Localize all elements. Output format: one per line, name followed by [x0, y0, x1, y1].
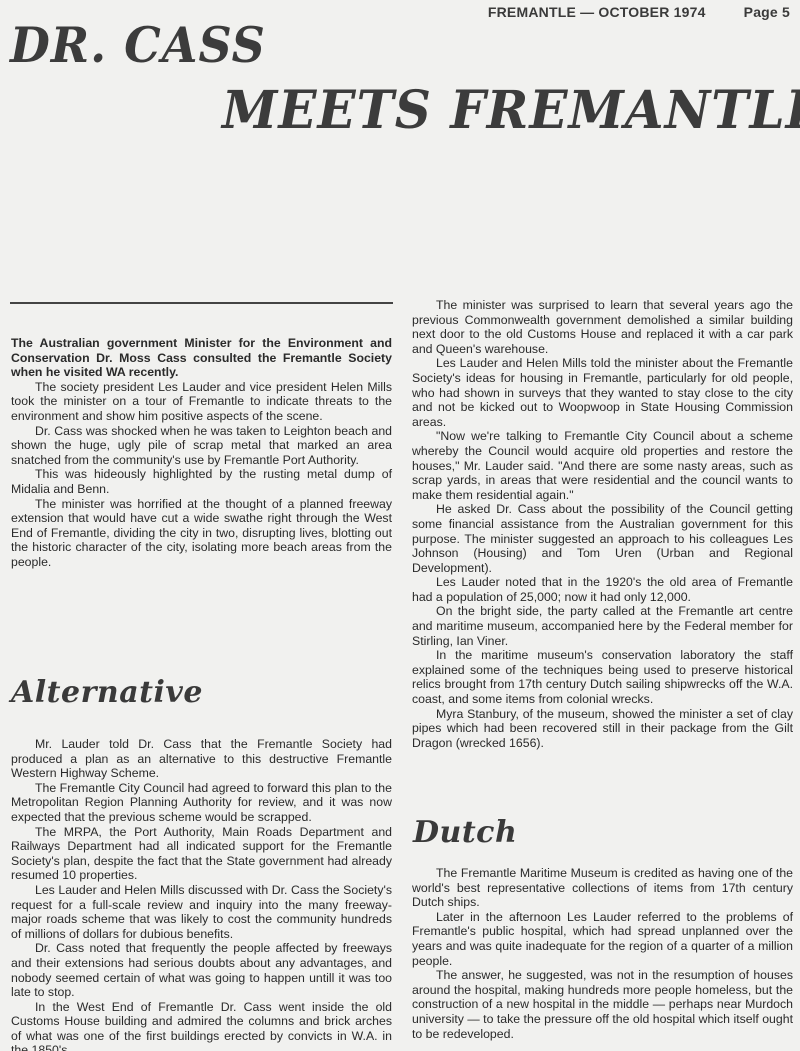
headline-line-1: DR. CASS: [10, 17, 266, 74]
section-divider: [10, 302, 393, 304]
paragraph: Mr. Lauder told Dr. Cass that the Freman…: [11, 737, 392, 781]
paragraph: Les Lauder and Helen Mills discussed wit…: [11, 883, 392, 941]
issue-date: FREMANTLE — OCTOBER 1974: [488, 4, 706, 20]
paragraph: The answer, he suggested, was not in the…: [412, 968, 793, 1041]
article-continued: The minister was surprised to learn that…: [412, 298, 793, 750]
paragraph: The MRPA, the Port Authority, Main Roads…: [11, 825, 392, 883]
paragraph: The society president Les Lauder and vic…: [11, 380, 392, 424]
paragraph: Myra Stanbury, of the museum, showed the…: [412, 707, 793, 751]
article-dutch: The Fremantle Maritime Museum is credite…: [412, 866, 793, 1041]
paragraph: The minister was horrified at the though…: [11, 497, 392, 570]
masthead: FREMANTLE — OCTOBER 1974 Page 5: [488, 4, 790, 20]
article-alternative: Mr. Lauder told Dr. Cass that the Freman…: [11, 737, 392, 1051]
paragraph: In the West End of Fremantle Dr. Cass we…: [11, 1000, 392, 1051]
paragraph: On the bright side, the party called at …: [412, 604, 793, 648]
paragraph: Dr. Cass was shocked when he was taken t…: [11, 424, 392, 468]
article-intro: The Australian government Minister for t…: [11, 336, 392, 570]
paragraph: "Now we're talking to Fremantle City Cou…: [412, 429, 793, 502]
paragraph: This was hideously highlighted by the ru…: [11, 467, 392, 496]
paragraph: Later in the afternoon Les Lauder referr…: [412, 910, 793, 968]
page-number: Page 5: [744, 4, 790, 20]
lead-paragraph: The Australian government Minister for t…: [11, 336, 392, 380]
paragraph: Les Lauder noted that in the 1920's the …: [412, 575, 793, 604]
paragraph: The Fremantle Maritime Museum is credite…: [412, 866, 793, 910]
subheading-dutch: Dutch: [413, 815, 517, 850]
paragraph: Les Lauder and Helen Mills told the mini…: [412, 356, 793, 429]
paragraph: He asked Dr. Cass about the possibility …: [412, 502, 793, 575]
headline-line-2: MEETS FREMANTLE: [222, 79, 800, 141]
paragraph: Dr. Cass noted that frequently the peopl…: [11, 941, 392, 999]
paragraph: The Fremantle City Council had agreed to…: [11, 781, 392, 825]
subheading-alternative: Alternative: [11, 675, 203, 710]
paragraph: The minister was surprised to learn that…: [412, 298, 793, 356]
paragraph: In the maritime museum's conservation la…: [412, 648, 793, 706]
